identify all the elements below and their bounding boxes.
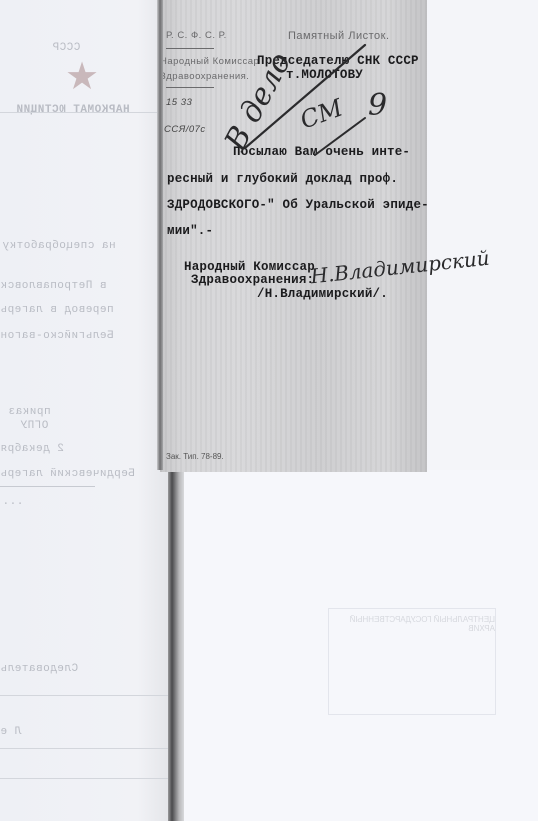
ghost-line: 2 декабря <box>0 443 64 455</box>
stamp-text: ЦЕНТРАЛЬНЫЙ ГОСУДАРСТВЕННЫЙ АРХИВ <box>333 615 495 633</box>
ghost-footer: Л е <box>0 726 21 738</box>
ghost-line: приказ <box>8 406 51 418</box>
ghost-rule <box>0 748 170 749</box>
ghost-rule <box>0 778 170 779</box>
left-page: СССР ★ НАРКОМАТ ЮСТИЦИИ на спецобработку… <box>0 0 172 821</box>
archive-stamp-bleedthrough: ЦЕНТРАЛЬНЫЙ ГОСУДАРСТВЕННЫЙ АРХИВ <box>328 608 496 715</box>
ghost-footer: Следователь <box>0 663 78 675</box>
ghost-rule <box>0 695 170 696</box>
ghost-ellipsis: ... <box>2 496 23 508</box>
ghost-line: Бердичевский лагерь <box>0 468 135 480</box>
ghost-rule <box>0 112 160 113</box>
memo-fold-shadow <box>157 0 163 470</box>
memo-sheet: Р. С. Ф. С. Р. Памятный Листок. Народный… <box>160 0 427 472</box>
ghost-line: Бельгийско-вагон <box>0 330 114 342</box>
pen-strokes <box>160 0 427 472</box>
ghost-line: на спецобработку <box>2 240 116 252</box>
star-emblem-icon: ★ <box>64 58 100 94</box>
ghost-line: в Петропавловск <box>0 280 107 292</box>
ghost-header-ussr: СССР <box>52 42 80 54</box>
ghost-rule <box>0 486 95 487</box>
ghost-header-office: НАРКОМАТ ЮСТИЦИИ <box>16 104 130 116</box>
ghost-line: перевод в лагерь <box>0 304 114 316</box>
ghost-line: ОГПУ <box>20 420 48 432</box>
